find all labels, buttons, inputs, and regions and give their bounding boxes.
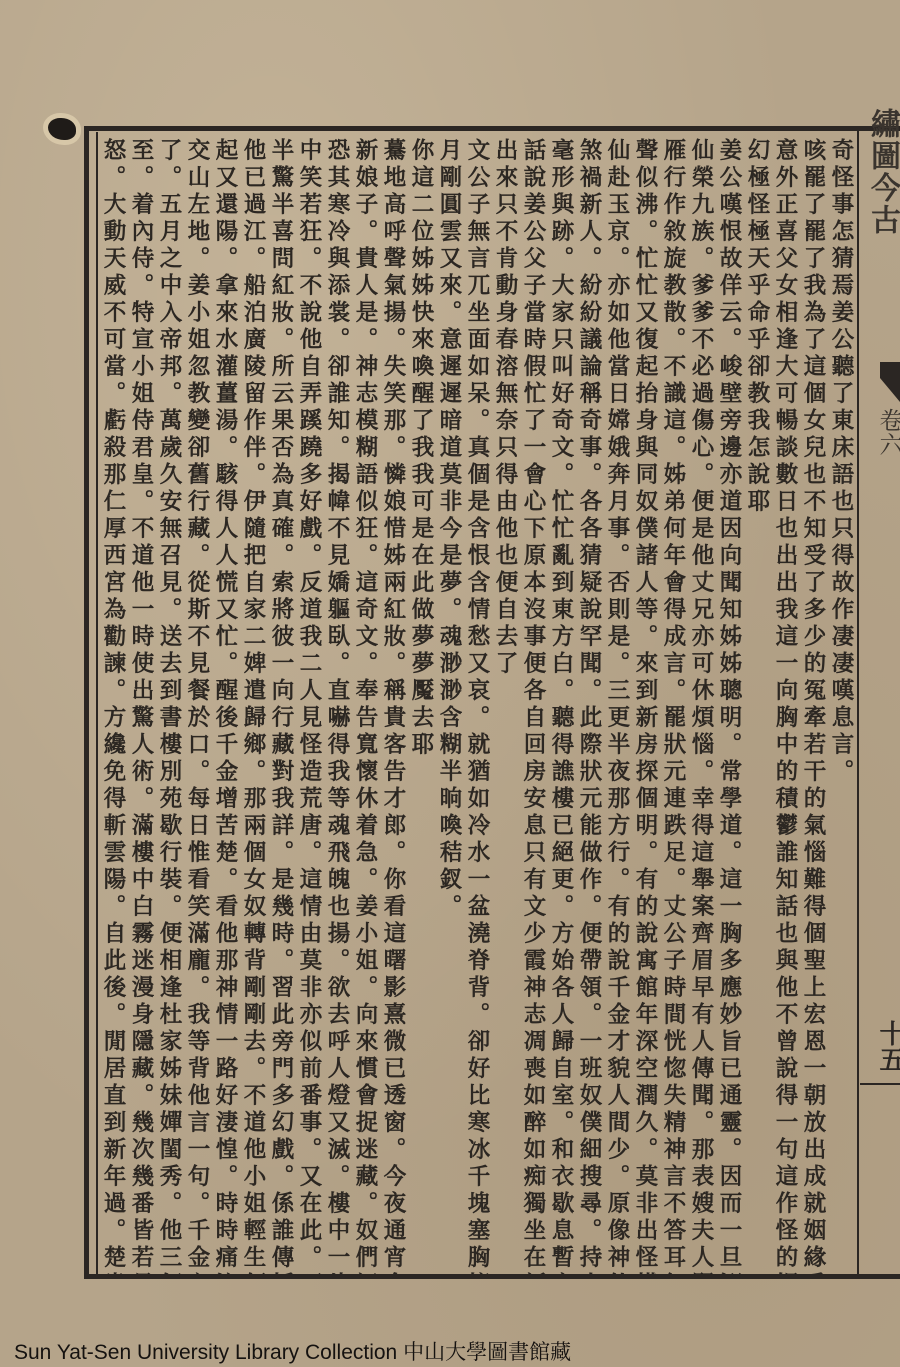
frame-inner-left-line (96, 132, 98, 1274)
text-column: 中笑若狂。不說他自弄蹊蹺多好戲。反道我二人見怪造荒唐。這情由莫非亦似前番事。又在… (296, 134, 324, 1274)
text-column: 至。着內侍。特宣小姐侍君皇。不道他一時使出驚人術。滿樓中白霧迷漫身隱藏。幾次幾番… (128, 134, 156, 1274)
text-column: 新娘子。貴人是。神志模糊語似狂。這奇文。奉告寬懷休着急。姜小姐。向來慣會捉迷藏。… (352, 134, 380, 1274)
text-column: 話說姜公父子當時假忙了一會心下原本沒事便各自回房安息只有文少霞神志凋喪如醉如痴獨… (520, 134, 548, 1274)
frame-bottom-border (84, 1274, 900, 1279)
text-column: 了。五月之中入帝邦。萬歲久安無召見。送去到書樓別苑歇行裝。便相逢杜家姊妹嬋閨秀。… (156, 134, 184, 1274)
text-column: 仙赴玉京。亦如他當日嫦娥奔月事。否則是。三更半夜那方行。有的說千金才貌人間少。原… (604, 134, 632, 1274)
text-column: 恐其寒冷與添裳。卻誰知。揭幃不見嬌軀臥。直嚇得我等魂飛魄也揚。欲去呼人燈又滅。樓… (324, 134, 352, 1274)
text-column: 出來只不肯動身春溶無奈只得由他也便自去了 (492, 134, 520, 1274)
text-column: 毫形與跡。大家只叫好奇文。忙忙亂到東方白。聽得譙樓已絕更。方始各人歸自室。和衣歇… (548, 134, 576, 1274)
page-number: 十五 (872, 1020, 900, 1072)
text-column: 煞禍新人。紛紛議論稱奇事。各各猜疑說罕聞。此際狀元能做作。便帶領。一班奴僕細搜尋… (576, 134, 604, 1274)
fishtail-mark-icon (880, 362, 900, 402)
text-column: 咳罷了罷了我為了這個女兒也不知受了多少的冤牽若干的氣惱難得個聖上宏恩一朝放出成就… (800, 134, 828, 1274)
worm-hole (48, 118, 76, 140)
text-column: 交山左地。姜小姐忽教變卻舊行藏。從斯不見餐於口。每日惟看笑滿龐。我等背他言一句。… (184, 134, 212, 1274)
text-column: 奇怪事怎猜焉姜公聽了東床語也只得故作凄凄嘆息言。 (828, 134, 856, 1274)
text-column: 意外正喜父女相逢大可暢談數日也出出我這一向胸中的積鬱誰知話也與他不曾說得一句這作… (772, 134, 800, 1274)
banxin-divider-line (857, 126, 859, 1279)
text-column: 怒。大動天威不可當。虧殺那仁厚西宮為勸諫。方纔免得斬雲陽。自此後。閒居直到新年過… (100, 134, 128, 1274)
text-column: 文公子無言兀坐面如呆。真個是含恨含情愁又哀。就猶如冷水一盆澆脊背。卻好比寒冰千塊… (464, 134, 492, 1274)
banxin-book-title: 繡圖今古 (866, 108, 898, 236)
banxin-volume: 卷六 (872, 408, 900, 456)
page-number-divider (860, 1083, 900, 1085)
text-column: 起又還陽。拿來水灌薑湯。駭得人人慌又忙。醒後千金增苦楚。看他那神情一路好淒惶。時… (212, 134, 240, 1274)
text-column: 月剛圓雲又來。意遲遲暗道莫非今是夢。魂渺渺含糊半晌喚秸釵。 (436, 134, 464, 1274)
text-column: 你這二位姊姊快來喚醒了我我可是在此做夢夢魘去耶 (408, 134, 436, 1274)
text-body: 奇怪事怎猜焉姜公聽了東床語也只得故作凄凄嘆息言。 咳罷了罷了我為了這個女兒也不知… (100, 134, 856, 1274)
text-column: 半驚半喜問紅妝。所云果否為真確。索將彼一向行藏對我詳。是幾時。習此旁門多幻戲。係… (268, 134, 296, 1274)
text-column: 他已過江。船泊廣陵留作伴。伊隨把自家二婢遣歸鄉。那兩個女奴轉背剛剛去。不道他小姐… (240, 134, 268, 1274)
text-column: 雁行作敘旋教散。不識這。姊弟何年會得成言。罷狀元連跌足。丈公子時間恍惚失精神言不… (660, 134, 688, 1274)
text-column: 驀地高呼聲氣揚。失笑那。憐娘惜姊兩紅妝。稱貴客告才郎。你看這曙影熹微已透窗。今夜… (380, 134, 408, 1274)
text-column: 姜公嘆恨故佯云。峻壁旁邊亦道因向聞知姊姊聰明。常學道。這一胸多應妙旨已通靈。因而… (716, 134, 744, 1274)
text-column: 幻極怪極天乎命乎卻教我怎說耶 (744, 134, 772, 1274)
library-collection-caption: Sun Yat-Sen University Library Collectio… (14, 1336, 571, 1366)
text-column: 仙榮九族。爹爹不必過傷心。便是他丈兄亦可休煩惱。幸得這舉案齊眉早有人傳聞。那表嫂… (688, 134, 716, 1274)
text-column: 聲似沸。忙忙又復起抬身與同奴僕諸人等。來到新房探個明。有的說寓館年深空潤久。莫非… (632, 134, 660, 1274)
